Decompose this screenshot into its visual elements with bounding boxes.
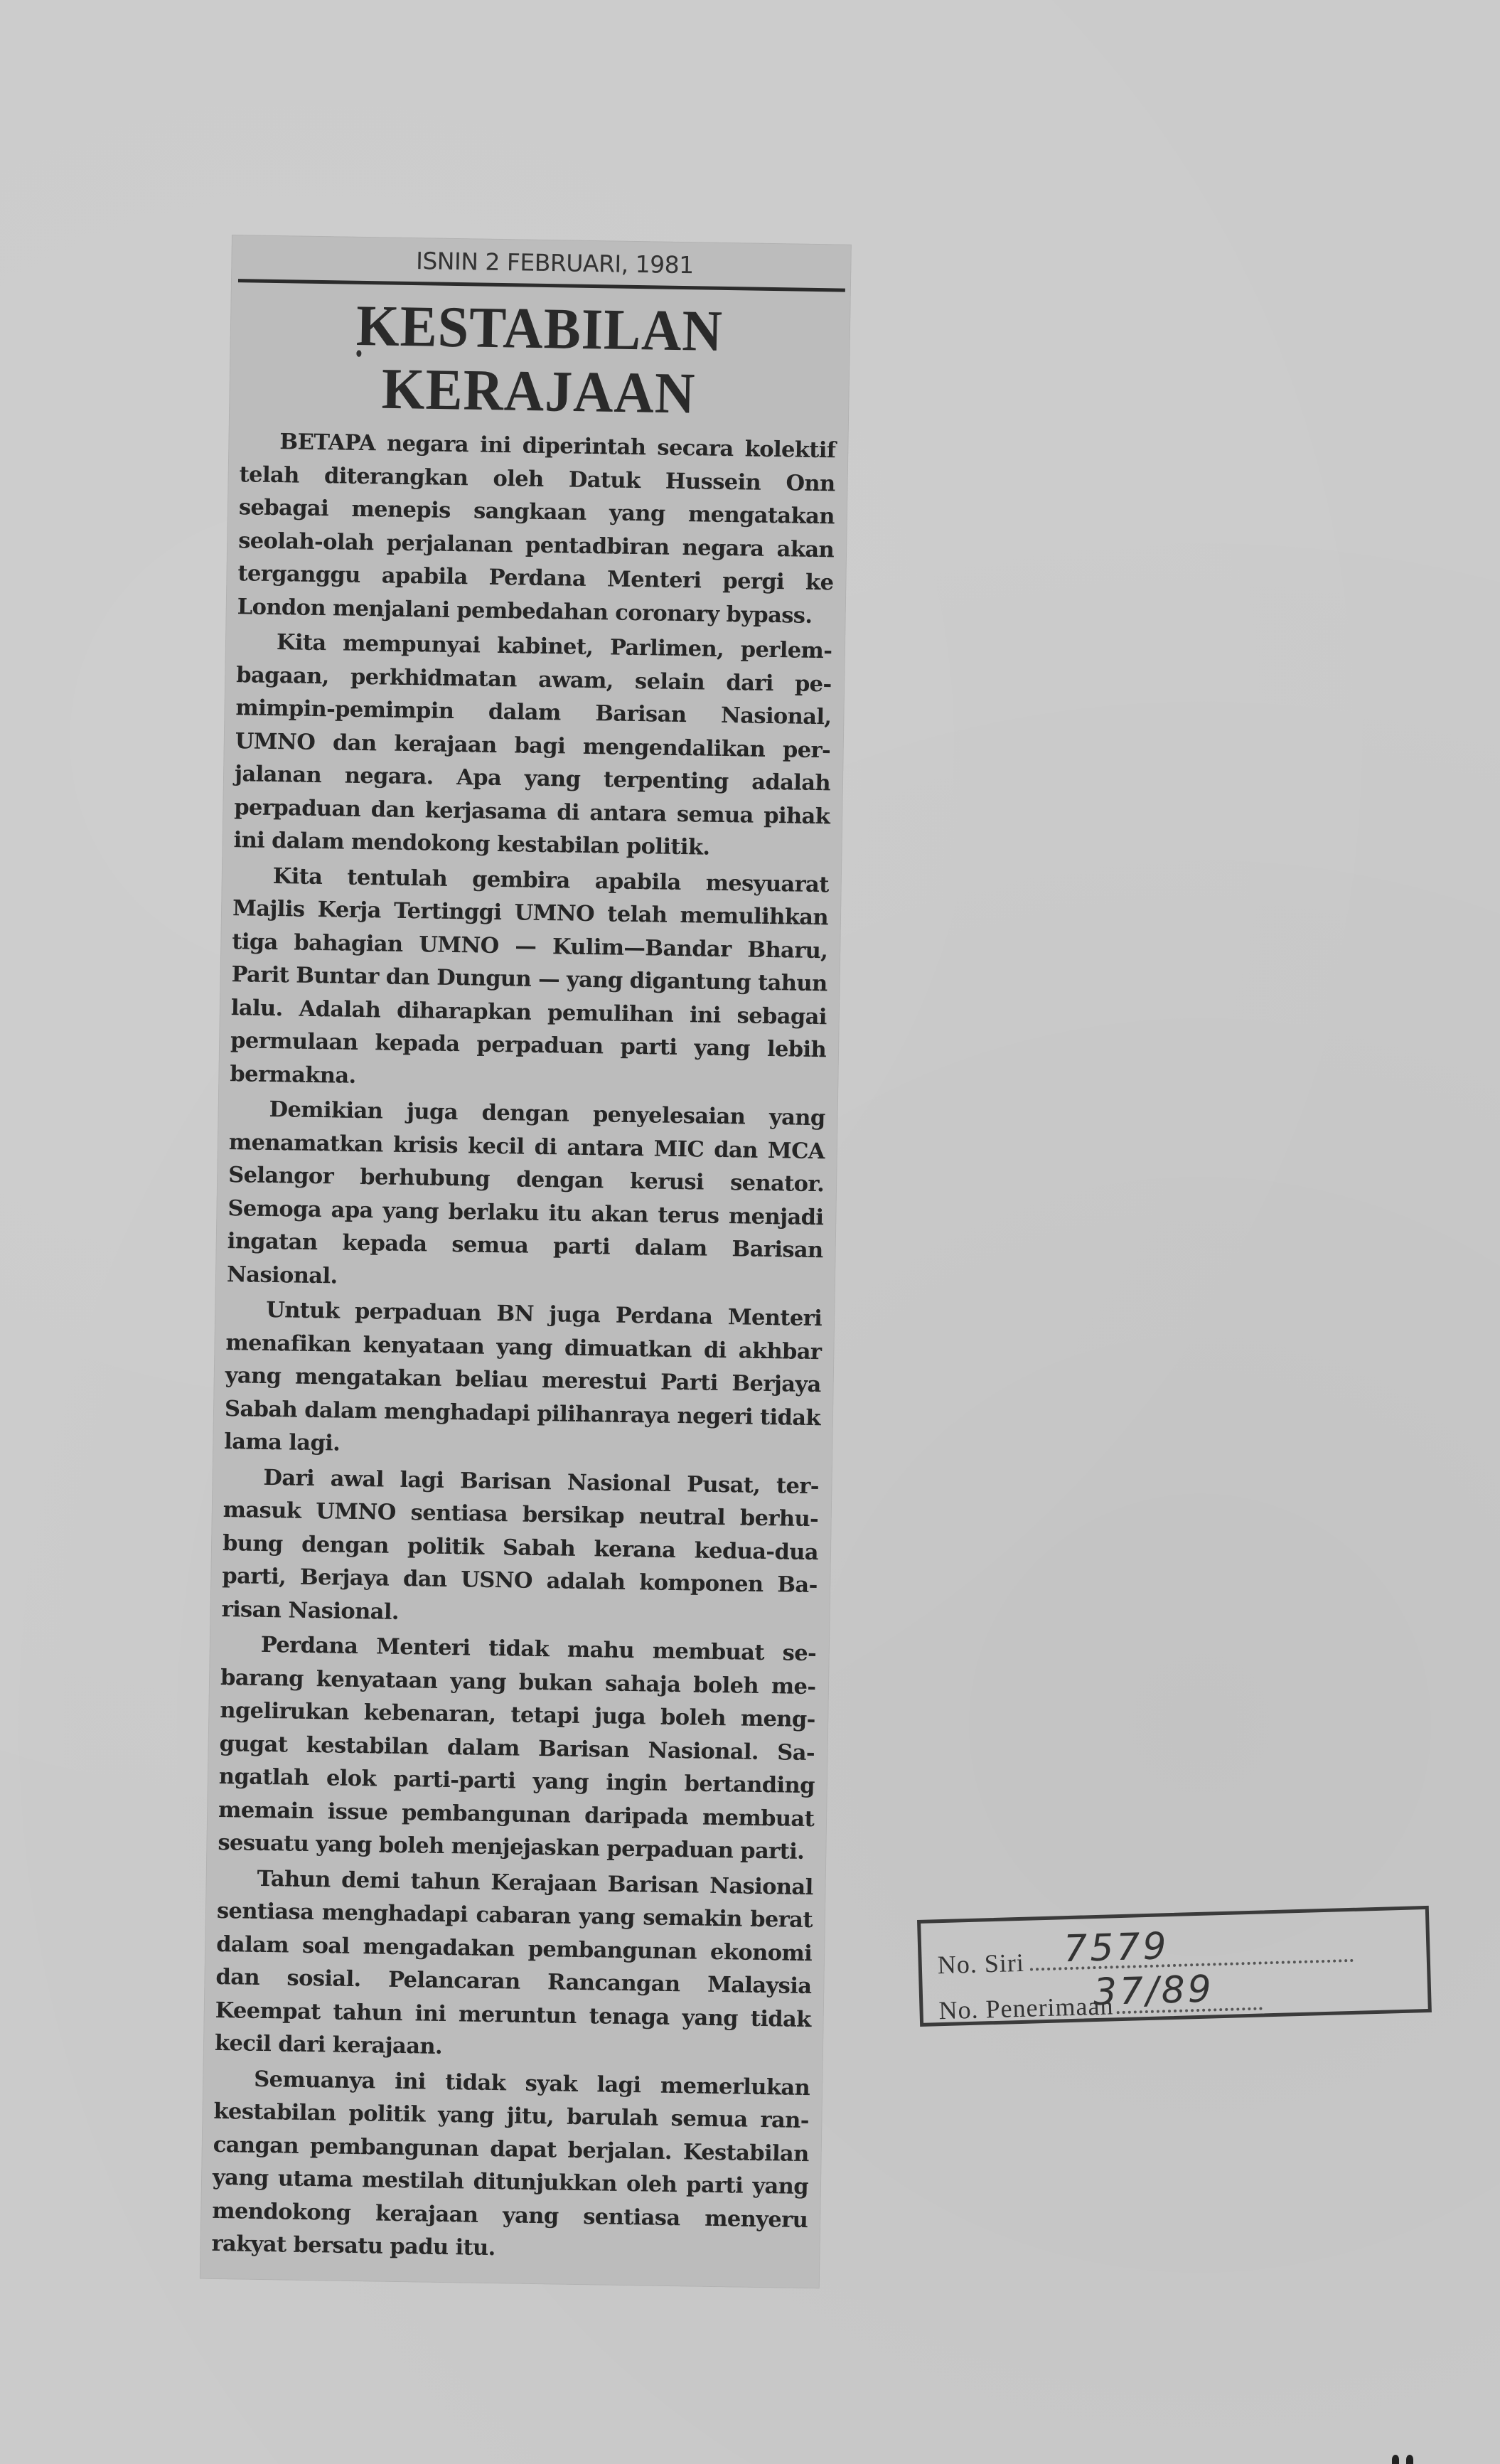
- paragraph-6: Dari awal lagi Barisan Nasional Pusat, t…: [221, 1461, 820, 1636]
- receipt-handwritten-value: 37/89: [1093, 1968, 1214, 2014]
- cropped-page-mark: [1392, 2455, 1420, 2464]
- paragraph-3: Kita tentulah gembira apabila mesyuarat …: [230, 859, 829, 1100]
- headline-line-2: KERAJAAN: [381, 356, 696, 425]
- receipt-label: No. Penerimaan: [938, 1991, 1114, 2025]
- serial-handwritten-value: 7579: [1063, 1925, 1169, 1970]
- paragraph-2: Kita mempunyai kabinet, Parlimen, perlem…: [233, 625, 832, 866]
- paragraph-8: Tahun demi tahun Kerajaan Barisan Nasio­…: [215, 1861, 813, 2069]
- serial-label: No. Siri: [937, 1948, 1024, 1979]
- paragraph-5: Untuk perpaduan BN juga Perdana Menteri …: [224, 1293, 823, 1468]
- headline: KESTABILAN KERAJAAN: [240, 292, 838, 427]
- archive-stamp: No. Siri 7579 No. Penerimaan 37/89: [917, 1906, 1432, 2027]
- headline-line-1: KESTABILAN: [355, 292, 723, 363]
- paragraph-1: BETAPA negara ini diperintah secara ko­l…: [237, 425, 835, 632]
- newspaper-clipping: ISNIN 2 FEBRUARI, 1981 KESTABILAN KERAJA…: [200, 235, 852, 2288]
- paragraph-9: Semuanya ini tidak syak lagi memerlukan …: [211, 2062, 810, 2269]
- dateline: ISNIN 2 FEBRUARI, 1981: [242, 235, 839, 285]
- article-body: BETAPA negara ini diperintah secara ko­l…: [211, 425, 835, 2269]
- paragraph-4: Demikian juga dengan penyelesaian yang m…: [227, 1092, 825, 1300]
- paragraph-7: Perdana Menteri tidak mahu membuat se­ba…: [218, 1628, 817, 1869]
